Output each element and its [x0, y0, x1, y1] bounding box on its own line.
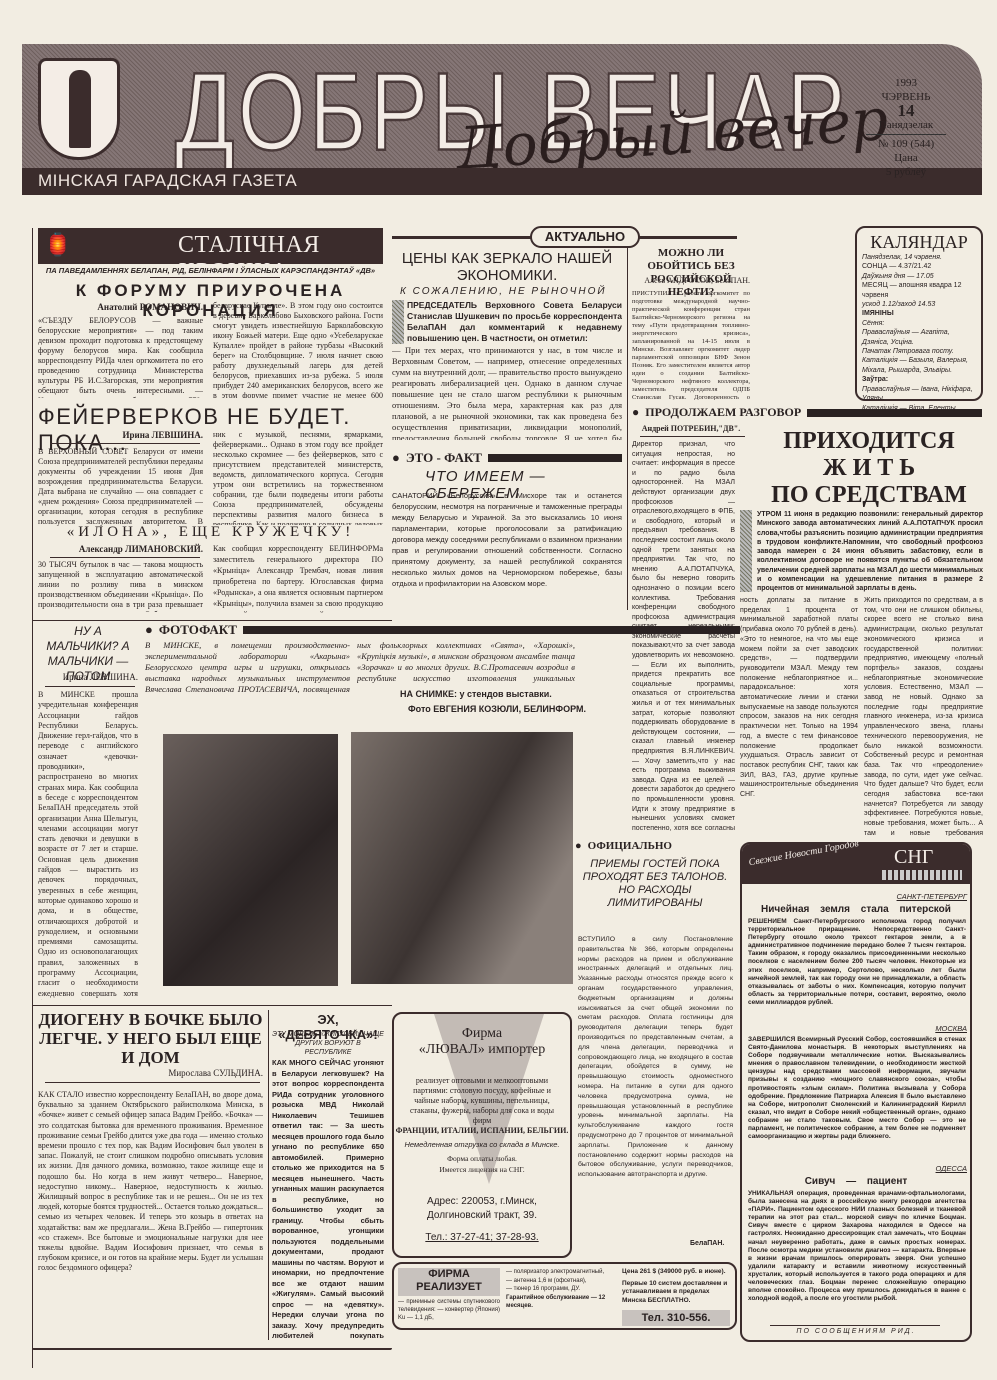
calendar-line: СОНЦА — 4.37/21.42 — [862, 262, 976, 271]
article-author: Анатолий РОМАНОВИЧ. — [38, 302, 203, 312]
article-title: «ИЛОНА», ЕЩЕ КРУЖЕЧКУ! — [38, 524, 383, 541]
ad-text: — тюнер 16 программ, ДУ. — [506, 1285, 616, 1294]
cis-banner-label: СНГ — [894, 846, 933, 869]
newspaper-subtitle: МІНСКАЯ ГАРАДСКАЯ ГАЗЕТА — [38, 171, 297, 191]
ad-text: — приемные системы спутникового телевиде… — [398, 1298, 500, 1322]
ad-payment: Форма оплаты любая. — [394, 1154, 570, 1163]
calendar-line: Заўтра: — [862, 375, 976, 384]
article-text: В ВЕРХОВНЫЙ СОВЕТ Беларуси от имени Союз… — [38, 447, 203, 527]
article-text: КАК СТАЛО известно корреспонденту БелаПА… — [38, 1090, 263, 1348]
ad-text: Первые 10 систем доставляем и устанавлив… — [622, 1280, 732, 1306]
photofact-text: В МИНСКЕ, в помещении производственно-эк… — [145, 640, 350, 694]
article-title: ЦЕНЫ КАК ЗЕРКАЛО НАШЕЙ ЭКОНОМИКИ. — [392, 250, 622, 284]
calendar-lines: Панядзелак, 14 чэрвеня. СОНЦА — 4.37/21.… — [862, 253, 976, 413]
dropcap-block — [740, 510, 752, 592]
ad-body: реализует оптовыми и мелкооптовыми парти… — [400, 1076, 564, 1126]
ad-price: Цена 261 $ (349000 руб. в июне). — [622, 1268, 732, 1277]
article-text: ник с музыкой, песнями, ярмарками, фейер… — [213, 430, 383, 525]
cis-item-text: РЕШЕНИЕМ Санкт-Петербургского исполкома … — [748, 918, 966, 1014]
ad-line: «ЛЮВАЛ» импортер — [394, 1042, 570, 1058]
ad-address: Долгиновский тракт, 39. — [394, 1210, 570, 1221]
calendar-line: Пачатак Пятровага посту. — [862, 347, 976, 356]
article-source: БелаПАН. — [690, 1240, 724, 1247]
article-title: ПРИХОДИТСЯ Ж И Т Ь ПО СРЕДСТВАМ — [755, 428, 983, 509]
rubric-label: ОФИЦИАЛЬНО — [588, 840, 672, 852]
official-rubric: ● ОФИЦИАЛЬНО — [575, 840, 735, 852]
lantern-icon: 🏮 — [44, 232, 71, 258]
cis-banner: Свежие Новости Городов СНГ — [742, 844, 970, 884]
dialog-rubric: ● ПРОДОЛЖАЕМ РАЗГОВОР — [632, 405, 982, 420]
article-text: КАК МНОГО СЕЙЧАС угоняют в Беларуси легк… — [272, 1058, 384, 1343]
article-author: Мирослава СУЛЬДИНА. — [38, 1068, 263, 1078]
rubric-label: ФОТОФАКТ — [159, 622, 237, 638]
ad-line: Фирма — [394, 1026, 570, 1042]
dropcap-block — [392, 300, 404, 344]
photo-exhibition-visitors — [351, 732, 573, 984]
article-title: ПРИЕМЫ ГОСТЕЙ ПОКА ПРОХОДЯТ БЕЗ ТАЛОНОВ.… — [575, 858, 735, 910]
cis-item-title: Сивуч — пациент — [745, 1176, 967, 1187]
chronicle-sources: ПА ПАВЕДАМЛЕННЯХ БЕЛАПАН, РІД, БЕЛІНФАРМ… — [38, 266, 383, 275]
title-line: Ж И Т Ь — [755, 455, 983, 482]
issue-number: № 109 (544) — [858, 137, 954, 151]
calendar-title: КАЛЯНДАР — [862, 232, 976, 253]
ad-heading: ФИРМА РЕАЛИЗУЕТ — [398, 1268, 500, 1296]
price-label: Цана — [858, 151, 954, 165]
article-author: Ирина ЛЕВШИНА. — [38, 672, 138, 682]
article-author: Ирина ЛЕВШИНА. — [38, 430, 203, 440]
ad-phone: Тел. 310-556. — [622, 1310, 730, 1326]
article-text: «СЪЕЗДУ БЕЛОРУСОВ — важные белорусские м… — [38, 316, 203, 398]
article-text: САНАТОРИЙ «Белоруссия» в Мисхоре так и о… — [392, 490, 622, 608]
ad-heading-line: ФИРМА — [398, 1268, 500, 1281]
ad-text: Гарантийное обслуживание — 12 месяцев. — [506, 1294, 616, 1311]
article-author: Алесь АНДРОСОВ, БелаПАН. — [632, 276, 750, 285]
article-text: беларускае Купалле». В этом году оно сос… — [213, 301, 383, 398]
photofact-text: ных фольклорных коллективах «Свята», «Ха… — [357, 640, 575, 688]
title-line: ПО СРЕДСТВАМ — [755, 482, 983, 509]
ad-shipping: Немедленная отгрузка со склада в Минске. — [394, 1140, 570, 1149]
price-value: 5 рублёў — [858, 165, 954, 179]
city-skyline-icon — [882, 870, 962, 880]
cis-footer: ПО СООБЩЕНИЯМ РИД. — [745, 1328, 967, 1335]
article-text: ПРИСТУПИЛ к работе оргкомитет по подгото… — [632, 290, 750, 400]
ad-countries: ФРАНЦИИ, ИТАЛИИ, ИСПАНИИ, БЕЛЬГИИ. — [394, 1126, 570, 1135]
calendar-box: КАЛЯНДАР Панядзелак, 14 чэрвеня. СОНЦА —… — [855, 226, 983, 401]
cis-city: САНКТ-ПЕТЕРБУРГ — [745, 892, 967, 901]
photo-credit: Фото ЕВГЕНИЯ КОЗЮЛИ, БЕЛИНФОРМ. — [408, 704, 586, 714]
article-text: — При тех мерах, что принимаются у нас, … — [392, 345, 622, 440]
photo-caption: НА СНИМКЕ: у стендов выставки. — [400, 689, 552, 699]
article-author: Андрей ПОТРЕБИН,"ДВ". — [632, 424, 750, 433]
ad-text: — поляризатор электромагнитный, — [506, 1268, 616, 1277]
calendar-line: Праваслаўныя — Агапіта, Дзяніса, Усціна. — [862, 328, 976, 347]
chronicle-header: 🏮 СТАЛІЧНАЯ ХРОНІКА — [38, 228, 383, 264]
madonna-figure-icon — [69, 70, 91, 148]
calendar-line: ІМЯНІНЫ — [862, 309, 976, 318]
article-lead: УТРОМ 11 июня в редакцию позвонили: гене… — [757, 510, 983, 594]
article-text: Жить приходится по средствам, а в том, ч… — [864, 596, 983, 836]
photo-children-violins — [163, 734, 338, 986]
cis-item-title: Ничейная земля стала питерской — [745, 904, 967, 915]
ad-address: Адрес: 220053, г.Минск, — [394, 1196, 570, 1207]
rubric-label: ЭТО - ФАКТ — [406, 450, 482, 466]
calendar-line: МЕСЯЦ — апошняя квадра 12 чэрвеня — [862, 281, 976, 300]
calendar-line: Праваслаўныя — Івана, Нікіфара, Уляны. — [862, 385, 976, 404]
rubric-label: ПРОДОЛЖАЕМ РАЗГОВОР — [645, 405, 801, 420]
ad-heading-line: РЕАЛИЗУЕТ — [398, 1281, 500, 1294]
article-title: ДИОГЕНУ В БОЧКЕ БЫЛО ЛЕГЧЕ. У НЕГО БЫЛ Е… — [38, 1010, 263, 1067]
calendar-line: Панядзелак, 14 чэрвеня. — [862, 253, 976, 262]
calendar-line: Каталіцкія — Базыля, Валерыя, Міхала, Ры… — [862, 356, 976, 375]
ad-phone: Тел.: 37-27-41; 37-28-93. — [394, 1232, 570, 1243]
luval-ad: Фирма «ЛЮВАЛ» импортер реализует оптовым… — [392, 1012, 572, 1258]
issue-weekday: Панядзелак — [858, 118, 954, 132]
title-line: ПРИХОДИТСЯ — [755, 428, 983, 455]
article-author: Александр ЛИМАНОВСКИЙ. — [38, 544, 203, 554]
article-text: В МИНСКЕ прошла учредительная конференци… — [38, 690, 138, 1000]
satellite-ad: ФИРМА РЕАЛИЗУЕТ — приемные системы спутн… — [392, 1262, 737, 1330]
article-subtitle: ЭТУ МОДЕЛЬ «ЖИГУЛЕЙ» ЧАЩЕ ДРУГИХ ВОРУЮТ … — [272, 1030, 384, 1057]
calendar-line: ускод 1.12/заход 14.53 — [862, 300, 976, 309]
cis-item-text: ЗАВЕРШИЛСЯ Всемирный Русский Собор, сост… — [748, 1036, 966, 1158]
issue-day: 14 — [858, 104, 954, 118]
article-text: ВСТУПИЛО в силу Постановление правительс… — [578, 935, 733, 1235]
ad-text: — антенна 1,6 м (офсетная), — [506, 1277, 616, 1286]
fact-rubric: ● ЭТО - ФАКТ — [392, 450, 622, 466]
ad-column: Цена 261 $ (349000 руб. в июне). Первые … — [622, 1268, 732, 1305]
article-text: Директор признал, что ситуация непростая… — [632, 440, 735, 835]
cis-item-text: УНИКАЛЬНАЯ операция, проведенная врачами… — [748, 1190, 966, 1320]
issue-year: 1993 — [858, 76, 954, 90]
ad-column: — поляризатор электромагнитный, — антенн… — [506, 1268, 616, 1311]
ad-license: Имеется лицензия на СНГ. — [394, 1165, 570, 1174]
calendar-line: Даўжыня дня — 17.05 — [862, 272, 976, 281]
article-text: Как сообщил корреспонденту БЕЛИНФОРМа за… — [213, 543, 383, 613]
article-subtitle: К СОЖАЛЕНИЮ, НЕ РЫНОЧНОЙ — [400, 286, 625, 297]
cis-city: ОДЕССА — [745, 1164, 967, 1173]
issue-date-block: 1993 ЧЭРВЕНЬ 14 Панядзелак № 109 (544) Ц… — [858, 76, 954, 179]
aktualno-label: АКТУАЛЬНО — [530, 226, 640, 248]
article-text: 30 ТЫСЯЧ бутылок в час — такова мощность… — [38, 560, 203, 612]
article-text: ность доплаты за питание в пределах 1 пр… — [740, 596, 858, 836]
cis-city: МОСКВА — [745, 1024, 967, 1033]
article-lead: ПРЕДСЕДАТЕЛЬ Верховного Совета Беларуси … — [407, 300, 622, 344]
calendar-line: Сёння: — [862, 319, 976, 328]
